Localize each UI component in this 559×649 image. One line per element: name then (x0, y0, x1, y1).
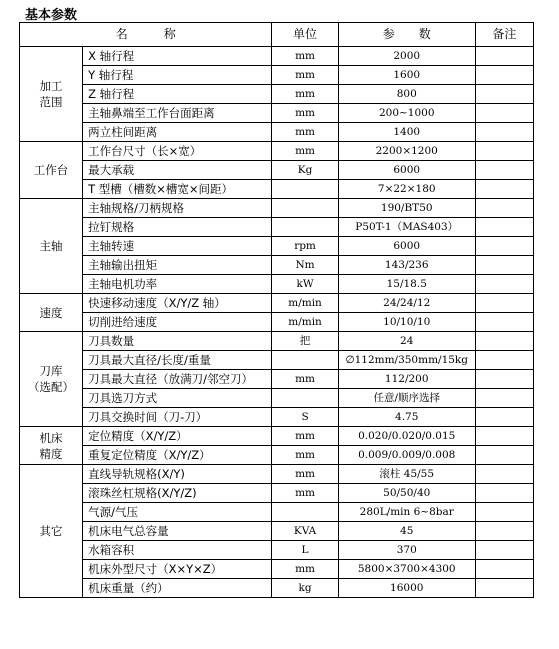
table-row: 刀具交换时间（刀-刀）S4.75 (20, 408, 534, 427)
table-row: 机床外型尺寸（X×Y×Z）mm5800×3700×4300 (20, 560, 534, 579)
param-name: 主轴规格/刀柄规格 (83, 199, 272, 218)
param-unit: rpm (272, 237, 338, 256)
param-note (475, 161, 533, 180)
param-value: 1400 (338, 123, 475, 142)
param-note (475, 541, 533, 560)
param-value: 7×22×180 (338, 180, 475, 199)
param-note (475, 332, 533, 351)
param-name: 水箱容积 (83, 541, 272, 560)
param-note (475, 351, 533, 370)
param-value: 6000 (338, 161, 475, 180)
param-value: 2000 (338, 47, 475, 66)
param-name: 主轴鼻端至工作台面距离 (83, 104, 272, 123)
table-row: 刀具最大直径（放满刀/邻空刀）mm112/200 (20, 370, 534, 389)
table-header-row: 名 称 单位 参 数 备注 (20, 23, 534, 47)
table-row: 拉钉规格P50T-1（MAS403） (20, 218, 534, 237)
param-note (475, 484, 533, 503)
table-row: 滚珠丝杠规格(X/Y/Z)mm50/50/40 (20, 484, 534, 503)
param-note (475, 142, 533, 161)
param-value: 24/24/12 (338, 294, 475, 313)
param-name: 刀具交换时间（刀-刀） (83, 408, 272, 427)
param-note (475, 389, 533, 408)
param-note (475, 579, 533, 598)
param-note (475, 503, 533, 522)
param-value: 5800×3700×4300 (338, 560, 475, 579)
table-row: 机床电气总容量KVA45 (20, 522, 534, 541)
group-label: 速度 (20, 294, 83, 332)
param-unit (272, 389, 338, 408)
table-row: 刀具最大直径/长度/重量∅112mm/350mm/15kg (20, 351, 534, 370)
param-unit: mm (272, 66, 338, 85)
param-value: 任意/顺序选择 (338, 389, 475, 408)
param-note (475, 180, 533, 199)
table-row: 其它直线导轨规格(X/Y)mm滚柱 45/55 (20, 465, 534, 484)
param-value: P50T-1（MAS403） (338, 218, 475, 237)
table-body: 加工范围X 轴行程mm2000Y 轴行程mm1600Z 轴行程mm800主轴鼻端… (20, 47, 534, 598)
table-row: 加工范围X 轴行程mm2000 (20, 47, 534, 66)
table-row: 刀库（选配）刀具数量把24 (20, 332, 534, 351)
table-row: 切削进给速度m/min10/10/10 (20, 313, 534, 332)
param-unit: L (272, 541, 338, 560)
group-label-line1: 主轴 (40, 238, 63, 254)
param-note (475, 408, 533, 427)
param-note (475, 313, 533, 332)
param-name: 重复定位精度（X/Y/Z） (83, 446, 272, 465)
param-value: 280L/min 6~8bar (338, 503, 475, 522)
param-unit: m/min (272, 294, 338, 313)
param-name: 直线导轨规格(X/Y) (83, 465, 272, 484)
section-title: 基本参数 (25, 4, 77, 23)
param-note (475, 446, 533, 465)
group-label: 机床精度 (20, 427, 83, 465)
param-note (475, 275, 533, 294)
param-value: 15/18.5 (338, 275, 475, 294)
param-name: 机床电气总容量 (83, 522, 272, 541)
param-note (475, 294, 533, 313)
group-label-line1: 加工 (40, 78, 63, 94)
param-name: 拉钉规格 (83, 218, 272, 237)
group-label-line1: 机床 (40, 430, 63, 446)
param-unit: mm (272, 142, 338, 161)
group-label-line2: 范围 (40, 94, 63, 110)
param-name: X 轴行程 (83, 47, 272, 66)
group-label: 刀库（选配） (20, 332, 83, 427)
group-label: 工作台 (20, 142, 83, 199)
param-unit: mm (272, 446, 338, 465)
param-name: 刀具最大直径（放满刀/邻空刀） (83, 370, 272, 389)
param-unit: mm (272, 560, 338, 579)
param-unit: m/min (272, 313, 338, 332)
param-note (475, 66, 533, 85)
table-row: 水箱容积L370 (20, 541, 534, 560)
param-name: 切削进给速度 (83, 313, 272, 332)
param-value: ∅112mm/350mm/15kg (338, 351, 475, 370)
param-note (475, 104, 533, 123)
table-row: 主轴主轴规格/刀柄规格190/BT50 (20, 199, 534, 218)
param-unit (272, 503, 338, 522)
param-name: 刀具最大直径/长度/重量 (83, 351, 272, 370)
param-value: 0.009/0.009/0.008 (338, 446, 475, 465)
table-row: Y 轴行程mm1600 (20, 66, 534, 85)
param-name: 主轴输出扭矩 (83, 256, 272, 275)
table-row: 气源/气压280L/min 6~8bar (20, 503, 534, 522)
param-note (475, 522, 533, 541)
header-value: 参 数 (338, 23, 475, 47)
param-name: 机床外型尺寸（X×Y×Z） (83, 560, 272, 579)
table-row: 速度快速移动速度（X/Y/Z 轴）m/min24/24/12 (20, 294, 534, 313)
param-value: 滚柱 45/55 (338, 465, 475, 484)
param-name: 机床重量（约） (83, 579, 272, 598)
param-name: 气源/气压 (83, 503, 272, 522)
param-unit (272, 180, 338, 199)
group-label-line2: （选配） (28, 379, 74, 395)
param-unit (272, 218, 338, 237)
param-name: 两立柱间距离 (83, 123, 272, 142)
param-unit: KVA (272, 522, 338, 541)
table-row: 主轴鼻端至工作台面距离mm200~1000 (20, 104, 534, 123)
param-note (475, 427, 533, 446)
param-value: 190/BT50 (338, 199, 475, 218)
param-unit: Kg (272, 161, 338, 180)
param-name: 主轴电机功率 (83, 275, 272, 294)
table-row: 最大承载Kg6000 (20, 161, 534, 180)
param-value: 200~1000 (338, 104, 475, 123)
param-value: 16000 (338, 579, 475, 598)
param-unit: mm (272, 85, 338, 104)
param-value: 24 (338, 332, 475, 351)
param-unit: mm (272, 104, 338, 123)
param-value: 2200×1200 (338, 142, 475, 161)
param-note (475, 47, 533, 66)
table-row: 两立柱间距离mm1400 (20, 123, 534, 142)
param-note (475, 85, 533, 104)
table-row: 刀具选刀方式任意/顺序选择 (20, 389, 534, 408)
param-value: 143/236 (338, 256, 475, 275)
param-unit (272, 199, 338, 218)
param-name: 刀具选刀方式 (83, 389, 272, 408)
param-name: 最大承载 (83, 161, 272, 180)
table-row: 主轴电机功率kW15/18.5 (20, 275, 534, 294)
table-row: T 型槽（槽数×槽宽×间距）7×22×180 (20, 180, 534, 199)
param-value: 112/200 (338, 370, 475, 389)
group-label-line1: 速度 (40, 305, 63, 321)
param-value: 370 (338, 541, 475, 560)
table-row: 机床精度定位精度（X/Y/Z）mm0.020/0.020/0.015 (20, 427, 534, 446)
param-name: 工作台尺寸（长×宽） (83, 142, 272, 161)
param-unit (272, 351, 338, 370)
spec-table: 名 称 单位 参 数 备注 加工范围X 轴行程mm2000Y 轴行程mm1600… (19, 22, 534, 598)
group-label-line2: 精度 (40, 446, 63, 462)
param-value: 10/10/10 (338, 313, 475, 332)
table-row: 机床重量（约）kg16000 (20, 579, 534, 598)
param-value: 50/50/40 (338, 484, 475, 503)
param-unit: Nm (272, 256, 338, 275)
param-note (475, 237, 533, 256)
param-value: 4.75 (338, 408, 475, 427)
header-note: 备注 (475, 23, 533, 47)
param-value: 0.020/0.020/0.015 (338, 427, 475, 446)
param-name: 滚珠丝杠规格(X/Y/Z) (83, 484, 272, 503)
param-note (475, 465, 533, 484)
group-label: 其它 (20, 465, 83, 598)
group-label: 主轴 (20, 199, 83, 294)
param-unit: kW (272, 275, 338, 294)
group-label-line1: 工作台 (34, 162, 69, 178)
param-name: 快速移动速度（X/Y/Z 轴） (83, 294, 272, 313)
param-note (475, 370, 533, 389)
param-unit: mm (272, 123, 338, 142)
param-value: 1600 (338, 66, 475, 85)
param-note (475, 199, 533, 218)
param-note (475, 123, 533, 142)
param-unit: kg (272, 579, 338, 598)
param-unit: mm (272, 484, 338, 503)
param-unit: mm (272, 427, 338, 446)
param-name: T 型槽（槽数×槽宽×间距） (83, 180, 272, 199)
param-unit: mm (272, 47, 338, 66)
param-unit: S (272, 408, 338, 427)
table-row: 主轴转速rpm6000 (20, 237, 534, 256)
param-value: 800 (338, 85, 475, 104)
param-name: Y 轴行程 (83, 66, 272, 85)
header-name: 名 称 (20, 23, 272, 47)
table-row: Z 轴行程mm800 (20, 85, 534, 104)
param-name: 刀具数量 (83, 332, 272, 351)
table-row: 主轴输出扭矩Nm143/236 (20, 256, 534, 275)
param-note (475, 218, 533, 237)
param-note (475, 256, 533, 275)
param-unit: mm (272, 370, 338, 389)
param-name: 定位精度（X/Y/Z） (83, 427, 272, 446)
param-note (475, 560, 533, 579)
header-unit: 单位 (272, 23, 338, 47)
param-name: Z 轴行程 (83, 85, 272, 104)
param-value: 6000 (338, 237, 475, 256)
table-row: 工作台工作台尺寸（长×宽）mm2200×1200 (20, 142, 534, 161)
param-unit: mm (272, 465, 338, 484)
param-value: 45 (338, 522, 475, 541)
param-name: 主轴转速 (83, 237, 272, 256)
group-label-line1: 刀库 (40, 363, 63, 379)
table-row: 重复定位精度（X/Y/Z）mm0.009/0.009/0.008 (20, 446, 534, 465)
group-label-line1: 其它 (40, 523, 63, 539)
group-label: 加工范围 (20, 47, 83, 142)
param-unit: 把 (272, 332, 338, 351)
